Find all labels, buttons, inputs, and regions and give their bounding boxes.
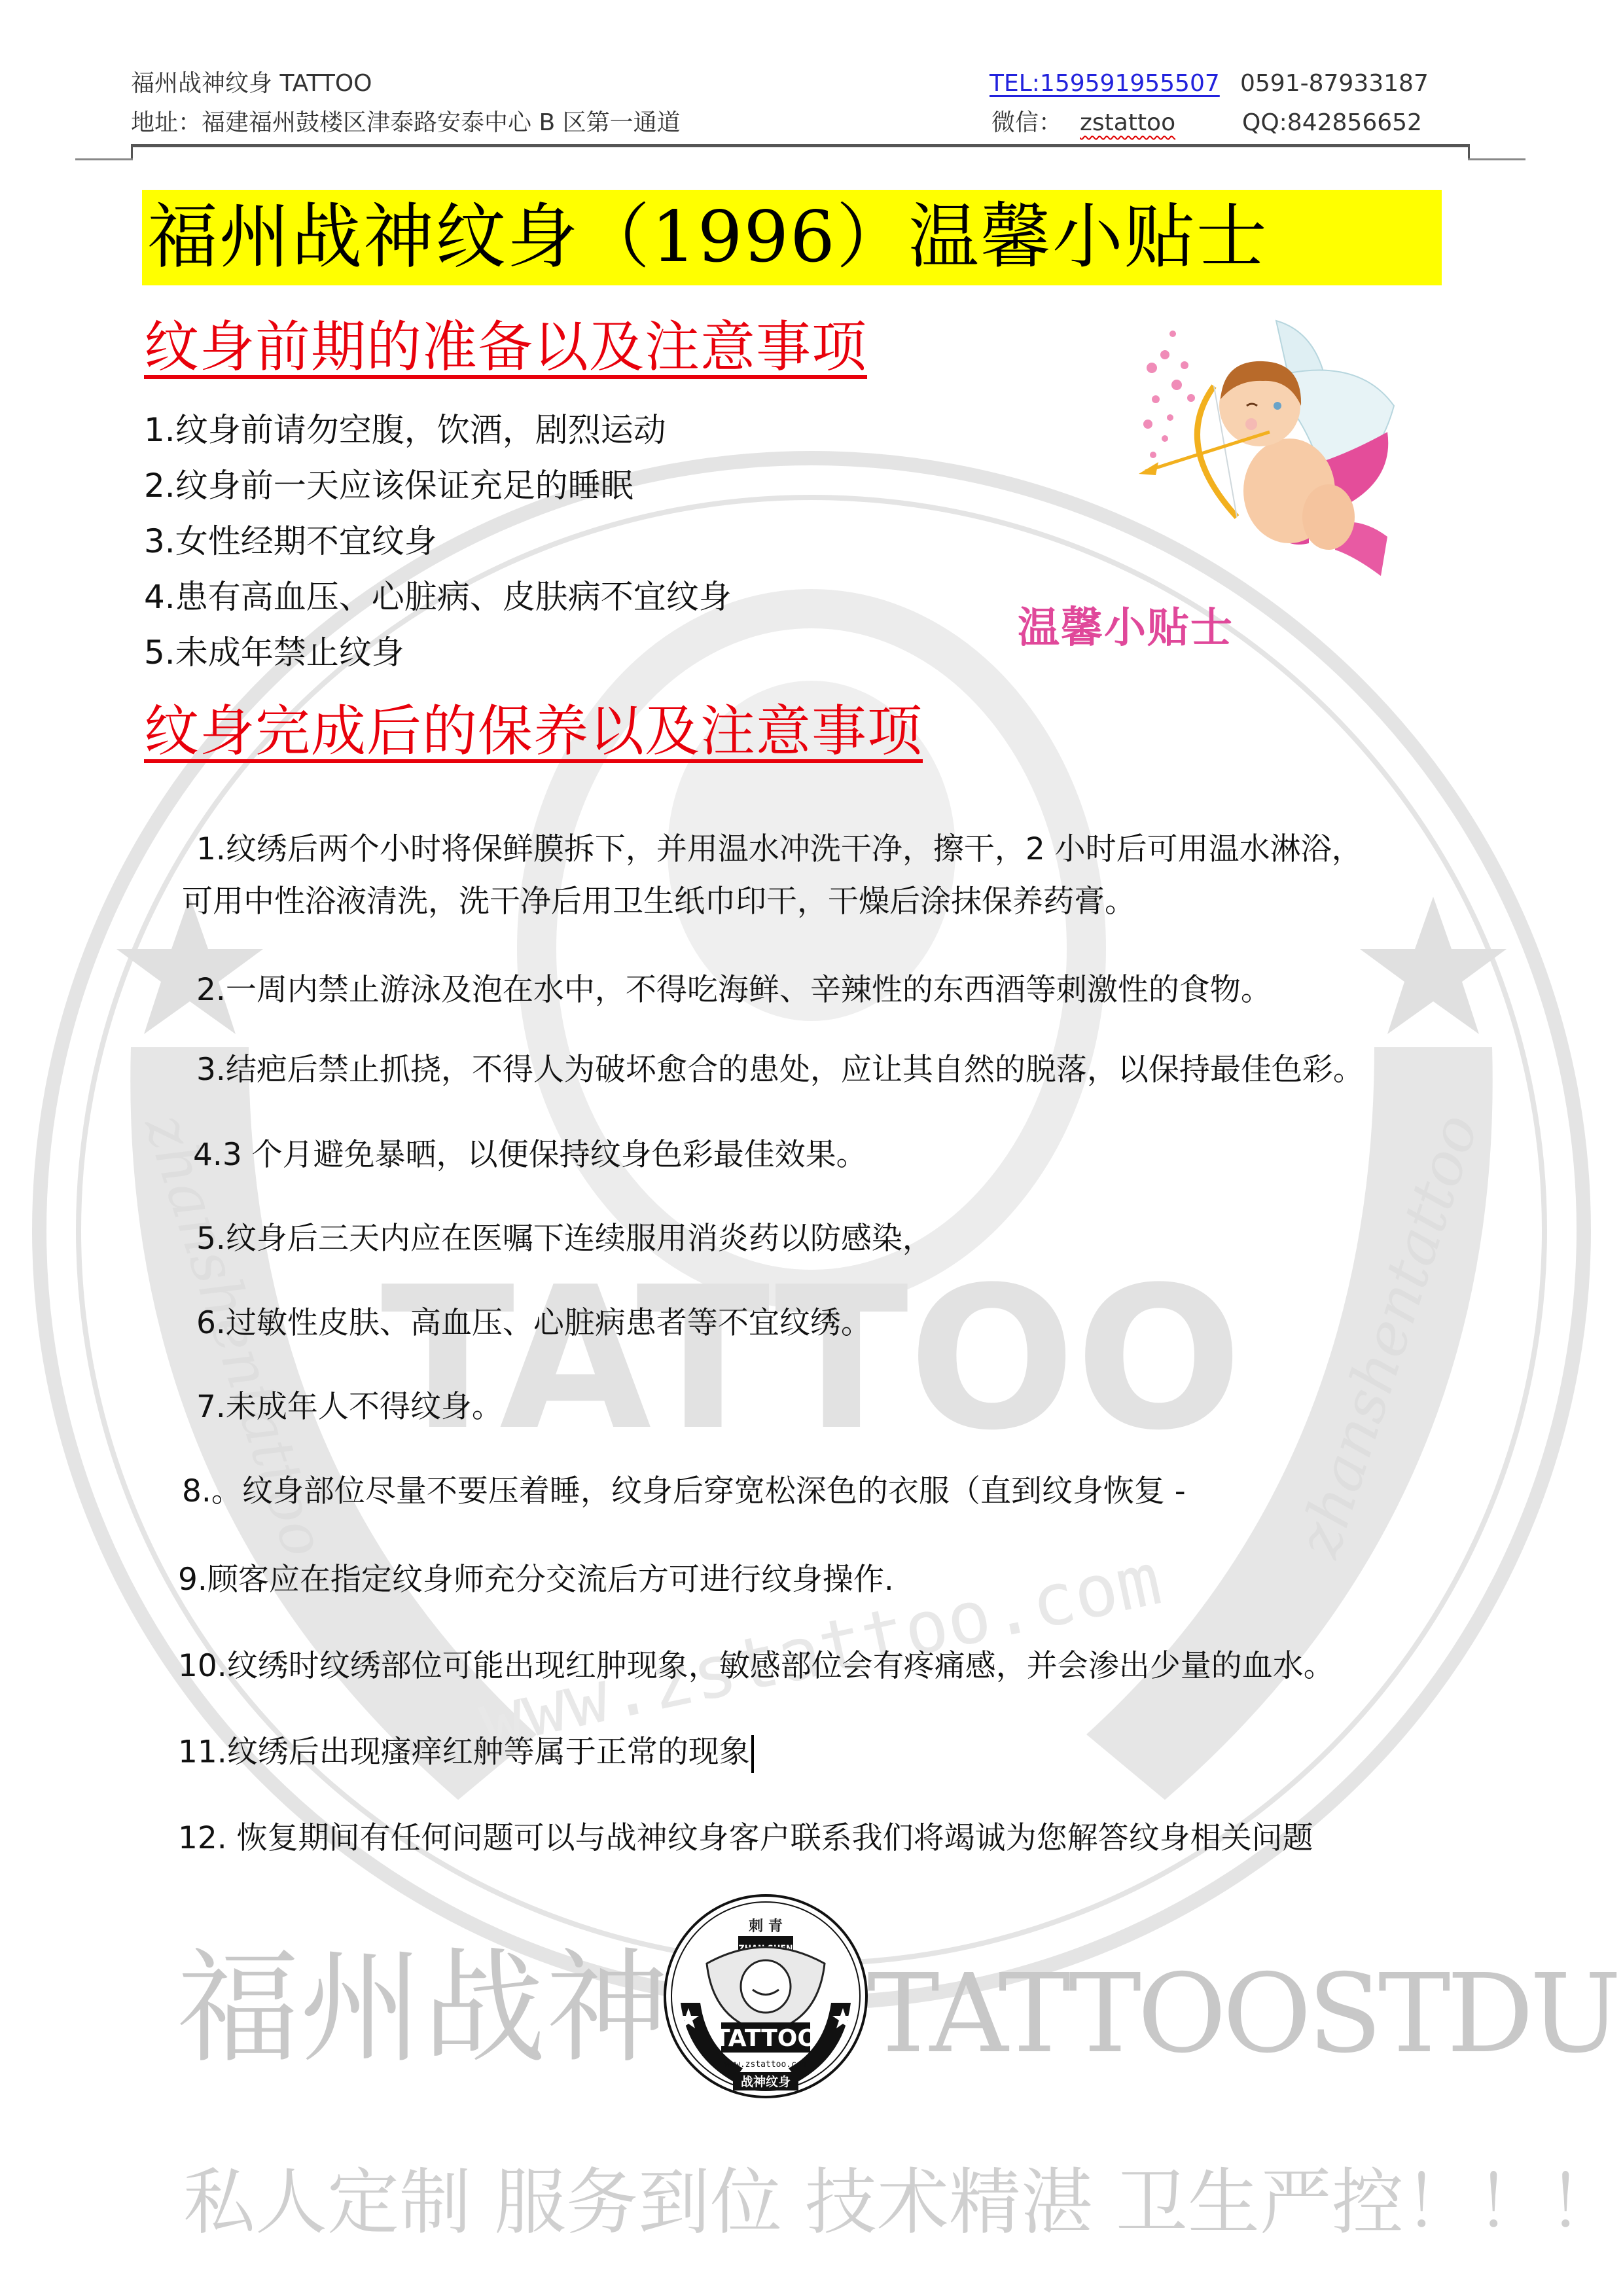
qq-number: QQ:842856652 <box>1242 111 1422 135</box>
cupid-illustration <box>1113 308 1400 583</box>
wechat-id: zstattoo <box>1080 111 1175 135</box>
before-item: 3.女性经期不宜纹身 <box>144 525 437 558</box>
header-rule <box>131 144 1470 147</box>
before-item: 2.纹身前一天应该保证充足的睡眠 <box>144 469 633 502</box>
svg-text:战神纹身: 战神纹身 <box>741 2074 791 2089</box>
after-item: 5.纹身后三天内应在医嘱下连续服用消炎药以防感染， <box>196 1223 933 1254</box>
before-item: 4.患有高血压、心脏病、皮肤病不宜纹身 <box>144 581 732 613</box>
after-item: 9.顾客应在指定纹身师充分交流后方可进行纹身操作. <box>178 1564 894 1595</box>
address: 地址：福建福州鼓楼区津泰路安泰中心 B 区第一通道 <box>131 111 681 135</box>
cupid-caption: 温馨小贴士 <box>1018 607 1234 649</box>
footer-name-cn: 福州战神 <box>177 1947 669 2070</box>
svg-text:TATTOO: TATTOO <box>714 2025 817 2052</box>
after-item: 3.结疤后禁止抓挠，不得人为破坏愈合的患处，应让其自然的脱落，以保持最佳色彩。 <box>196 1054 1364 1085</box>
landline: 0591-87933187 <box>1240 72 1429 96</box>
after-item: 1.纹绣后两个小时将保鲜膜拆下，并用温水冲洗干净，擦干，2 小时后可用温水淋浴， <box>196 834 1363 865</box>
header-rule-right-tick <box>1468 158 1525 160</box>
before-item: 5.未成年禁止纹身 <box>144 636 404 669</box>
after-item: 10.纹绣时纹绣部位可能出现红肿现象，敏感部位会有疼痛感，并会渗出少量的血水。 <box>178 1651 1334 1681</box>
svg-text:zhanshentattoo: zhanshentattoo <box>1284 1106 1491 1566</box>
section-heading-after: 纹身完成后的保养以及注意事项 <box>144 704 923 759</box>
header-rule-left-tick <box>75 158 133 160</box>
after-item: 2.一周内禁止游泳及泡在水中，不得吃海鲜、辛辣性的东西酒等刺激性的食物。 <box>196 975 1272 1005</box>
svg-text:TATTOO: TATTOO <box>381 1245 1242 1473</box>
title-banner: 福州战神纹身（1996）温馨小贴士 <box>142 190 1442 285</box>
after-item-text: 11.纹绣后出现瘙痒红舯等属于正常的现象 <box>178 1734 750 1770</box>
after-item: 7.未成年人不得纹身。 <box>196 1391 503 1422</box>
studio-logo: 刺 青 ZHAN SHEN TATTOO www.zstattoo.com 战神… <box>661 1892 870 2101</box>
svg-text:www.zstattoo.com: www.zstattoo.com <box>724 2060 806 2070</box>
company-name: 福州战神纹身 TATTOO <box>131 72 372 96</box>
after-item: 8.。纹身部位尽量不要压着睡，纹身后穿宽松深色的衣服（直到纹身恢复 - <box>182 1476 1186 1507</box>
header-rule-left-drop <box>131 144 133 160</box>
banner-title: 福州战神纹身（1996）温馨小贴士 <box>142 202 1268 273</box>
svg-text:刺 青: 刺 青 <box>749 1918 783 1935</box>
after-item: 6.过敏性皮肤、高血压、心脏病患者等不宜纹绣。 <box>196 1308 872 1338</box>
wechat-label: 微信： <box>991 111 1062 135</box>
after-item: 12. 恢复期间有任何问题可以与战神纹身客户联系我们将竭诚为您解答纹身相关问题 <box>178 1823 1313 1854</box>
before-item: 1.纹身前请勿空腹，饮酒，剧烈运动 <box>144 414 666 446</box>
tel-link[interactable]: TEL:159591955507 <box>990 72 1220 96</box>
after-item: 11.纹绣后出现瘙痒红舯等属于正常的现象 <box>178 1735 754 1773</box>
footer-slogan: 私人定制 服务到位 技术精湛 卫生严控！！！ <box>183 2166 1620 2238</box>
text-cursor <box>751 1735 754 1773</box>
section-heading-before: 纹身前期的准备以及注意事项 <box>144 319 867 374</box>
after-item: 4.3 个月避免暴晒，以便保持纹身色彩最佳效果。 <box>193 1139 867 1170</box>
after-item-continuation: 可用中性浴液清洗，洗干净后用卫生纸巾印干，干燥后涂抹保养药膏。 <box>182 886 1135 917</box>
header-rule-right-drop <box>1468 144 1470 160</box>
footer-name-en: TATTOOSTDUIO <box>867 1960 1623 2069</box>
